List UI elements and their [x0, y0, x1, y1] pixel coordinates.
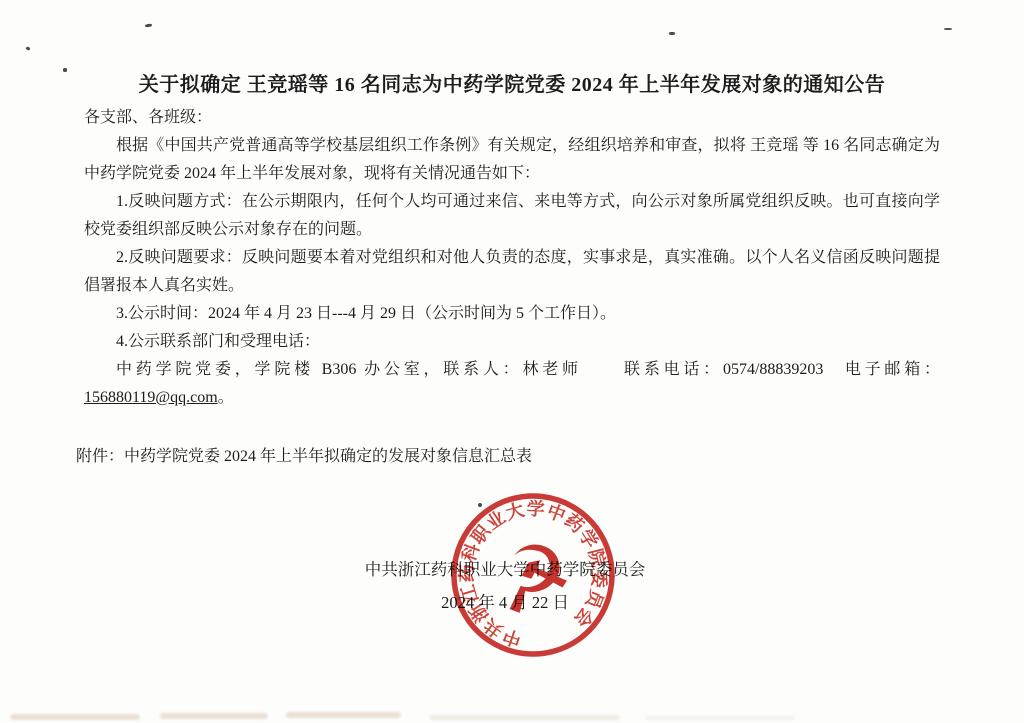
- scan-artifact: [669, 32, 675, 35]
- scan-smudge: [645, 716, 795, 720]
- scanned-notice-document: 关于拟确定 王竞瑶等 16 名同志为中药学院党委 2024 年上半年发展对象的通…: [0, 0, 1024, 723]
- document-body: 各支部、各班级： 根据《中国共产党普通高等学校基层组织工作条例》有关规定，经组织…: [84, 104, 940, 412]
- paragraph-item-2: 2.反映问题要求：反映问题要本着对党组织和对他人负责的态度，实事求是，真实准确。…: [84, 244, 940, 300]
- scan-artifact: [63, 68, 67, 72]
- greeting-line: 各支部、各班级：: [84, 104, 940, 132]
- paragraph-basis: 根据《中国共产党普通高等学校基层组织工作条例》有关规定，经组织培养和审查，拟将 …: [84, 132, 940, 188]
- email-link[interactable]: 156880119@qq.com: [84, 389, 218, 406]
- scan-artifact: [478, 503, 482, 507]
- phone-label: 联系电话：: [620, 361, 723, 378]
- scan-artifact: [26, 46, 31, 50]
- paragraph-item-4: 4.公示联系部门和受理电话：: [84, 328, 940, 356]
- document-title: 关于拟确定 王竞瑶等 16 名同志为中药学院党委 2024 年上半年发展对象的通…: [0, 70, 1024, 100]
- issuing-committee-signature: 中共浙江药科职业大学中药学院委员会: [0, 556, 1010, 580]
- issue-date: 2024 年 4 月 22 日: [0, 589, 1010, 613]
- contact-line: 中药学院党委，学院楼 B306 办公室，联系人：林老师联系电话：0574/888…: [84, 356, 940, 412]
- paragraph-item-3: 3.公示时间：2024 年 4 月 23 日---4 月 29 日（公示时间为 …: [84, 300, 940, 328]
- scan-artifact: [944, 28, 952, 30]
- paragraph-item-1: 1.反映问题方式：在公示期限内，任何个人均可通过来信、来电等方式，向公示对象所属…: [84, 188, 940, 244]
- scan-smudge: [430, 715, 620, 720]
- scan-artifact: [145, 24, 152, 28]
- attachment-line: 附件：中药学院党委 2024 年上半年拟确定的发展对象信息汇总表: [76, 447, 532, 467]
- contact-office: 中药学院党委，学院楼 B306 办公室，联系人：林老师: [116, 361, 582, 378]
- scan-smudge: [286, 712, 401, 718]
- phone-number: 0574/88839203: [723, 361, 823, 378]
- email-label: 电子邮箱：: [841, 361, 940, 378]
- scan-smudge: [10, 714, 140, 720]
- sentence-end: 。: [218, 389, 234, 406]
- scan-smudge: [160, 713, 268, 719]
